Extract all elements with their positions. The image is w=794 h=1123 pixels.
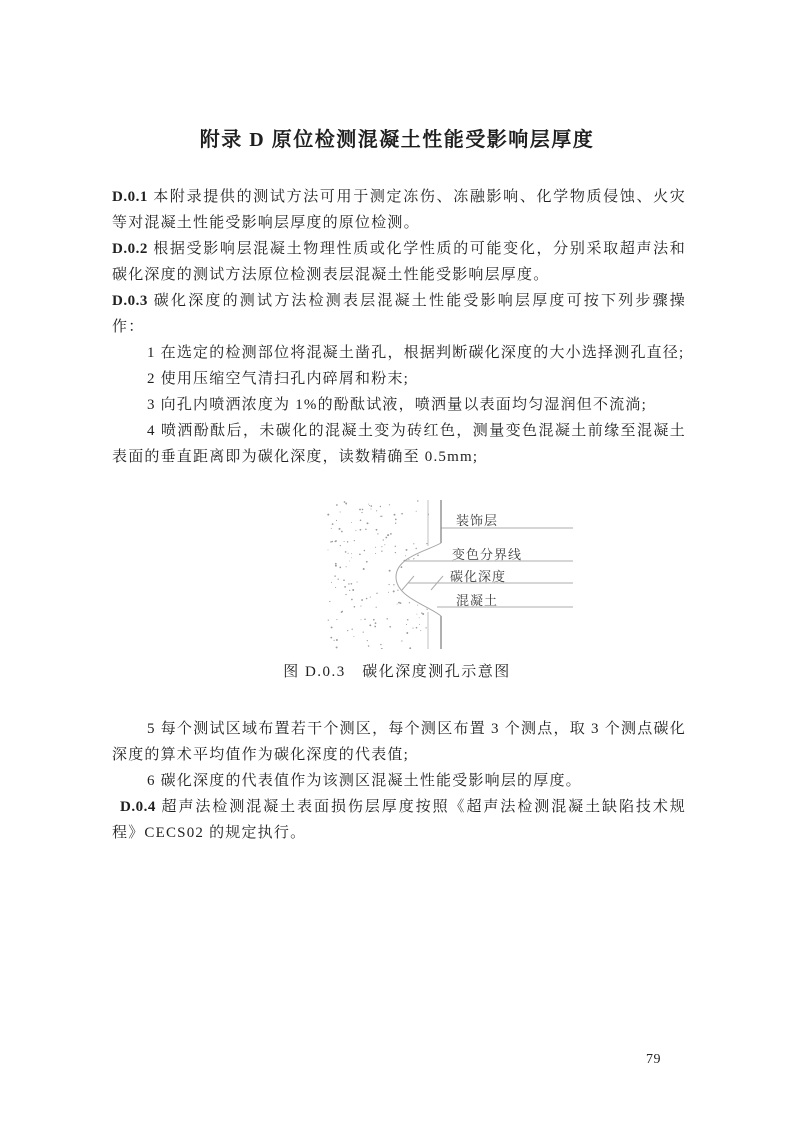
- step-6-num: 6: [147, 773, 156, 789]
- clause-d04: D.0.4 超声法检测混凝土表面损伤层厚度按照《超声法检测混凝土缺陷技术规程》C…: [112, 794, 686, 846]
- figure-carbonation-hole-diagram: 装饰层 变色分界线 碳化深度 混凝土: [325, 497, 577, 657]
- step-2-num: 2: [147, 371, 156, 387]
- step-1: 1 在选定的检测部位将混凝土凿孔，根据判断碳化深度的大小选择测孔直径;: [112, 340, 686, 366]
- clause-d02: D.0.2 根据受影响层混凝土物理性质或化学性质的可能变化，分别采取超声法和碳化…: [112, 236, 686, 288]
- figure-label-color-boundary: 变色分界线: [452, 544, 522, 563]
- figure-label-decorative-layer: 装饰层: [456, 510, 498, 529]
- step-1-num: 1: [147, 345, 156, 361]
- document-page: 附录 D 原位检测混凝土性能受影响层厚度 D.0.1 本附录提供的测试方法可用于…: [0, 0, 794, 1123]
- step-2-text: 使用压缩空气清扫孔内碎屑和粉末;: [161, 371, 409, 387]
- concrete-stipple-texture: [327, 500, 436, 650]
- step-2: 2 使用压缩空气清扫孔内碎屑和粉末;: [112, 366, 686, 392]
- body-text-upper: D.0.1 本附录提供的测试方法可用于测定冻伤、冻融影响、化学物质侵蚀、火灾等对…: [112, 184, 686, 470]
- step-3: 3 向孔内喷洒浓度为 1%的酚酞试液，喷洒量以表面均匀湿润但不流淌;: [112, 392, 686, 418]
- clause-d02-label: D.0.2: [112, 241, 148, 257]
- step-5: 5 每个测试区域布置若干个测区，每个测区布置 3 个测点，取 3 个测点碳化深度…: [112, 716, 686, 768]
- clause-d03: D.0.3 碳化深度的测试方法检测表层混凝土性能受影响层厚度可按下列步骤操作：: [112, 288, 686, 340]
- clause-d02-text: 根据受影响层混凝土物理性质或化学性质的可能变化，分别采取超声法和碳化深度的测试方…: [112, 241, 686, 283]
- step-5-num: 5: [147, 721, 156, 737]
- body-text-lower: 5 每个测试区域布置若干个测区，每个测区布置 3 个测点，取 3 个测点碳化深度…: [112, 716, 686, 846]
- clause-d01: D.0.1 本附录提供的测试方法可用于测定冻伤、冻融影响、化学物质侵蚀、火灾等对…: [112, 184, 686, 236]
- page-number: 79: [646, 1052, 661, 1068]
- step-3-num: 3: [147, 397, 156, 413]
- figure-label-concrete: 混凝土: [456, 590, 498, 609]
- clause-d01-label: D.0.1: [112, 189, 148, 205]
- clause-d01-text: 本附录提供的测试方法可用于测定冻伤、冻融影响、化学物质侵蚀、火灾等对混凝土性能受…: [112, 189, 686, 231]
- clause-d03-text: 碳化深度的测试方法检测表层混凝土性能受影响层厚度可按下列步骤操作：: [112, 293, 686, 335]
- step-3-text: 向孔内喷洒浓度为 1%的酚酞试液，喷洒量以表面均匀湿润但不流淌;: [161, 397, 647, 413]
- figure-caption: 图 D.0.3 碳化深度测孔示意图: [0, 660, 794, 681]
- step-4: 4 喷洒酚酞后，未碳化的混凝土变为砖红色，测量变色混凝土前缘至混凝土表面的垂直距…: [112, 418, 686, 470]
- figure-label-carbonation-depth: 碳化深度: [450, 566, 506, 585]
- clause-d04-text: 超声法检测混凝土表面损伤层厚度按照《超声法检测混凝土缺陷技术规程》CECS02 …: [112, 799, 686, 841]
- step-6: 6 碳化深度的代表值作为该测区混凝土性能受影响层的厚度。: [112, 768, 686, 794]
- step-1-text: 在选定的检测部位将混凝土凿孔，根据判断碳化深度的大小选择测孔直径;: [161, 345, 685, 361]
- clause-d03-label: D.0.3: [112, 293, 148, 309]
- step-6-text: 碳化深度的代表值作为该测区混凝土性能受影响层的厚度。: [161, 773, 582, 789]
- step-5-text: 每个测试区域布置若干个测区，每个测区布置 3 个测点，取 3 个测点碳化深度的算…: [112, 721, 686, 763]
- color-change-boundary-curve: [396, 543, 441, 616]
- step-4-text: 喷洒酚酞后，未碳化的混凝土变为砖红色，测量变色混凝土前缘至混凝土表面的垂直距离即…: [112, 423, 686, 465]
- step-4-num: 4: [147, 423, 156, 439]
- page-title: 附录 D 原位检测混凝土性能受影响层厚度: [0, 123, 794, 152]
- clause-d04-label: D.0.4: [120, 799, 156, 815]
